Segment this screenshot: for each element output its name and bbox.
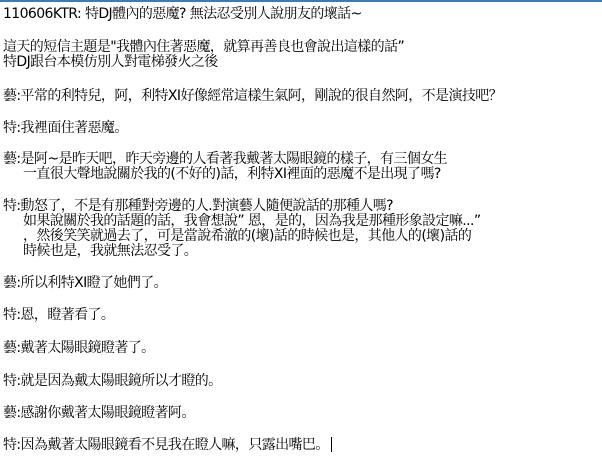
- dialogue-line: 特:我裡面住著惡魔。: [3, 120, 128, 136]
- dialogue-continuation: 如果說關於我的話題的話，我會想說” 恩，是的，因為我是那種形象設定嘛...”: [3, 213, 481, 229]
- dialogue-text: 戴著太陽眼鏡瞪著了。: [21, 340, 155, 356]
- intro-line-2: 特DJ跟台本模仿別人對電梯發火之後: [3, 54, 218, 70]
- window-top-border: [0, 0, 602, 2]
- speaker-label: 特:: [3, 437, 21, 453]
- speaker-label: 藝:: [3, 275, 21, 291]
- dialogue-text: 我裡面住著惡魔。: [21, 120, 128, 136]
- dialogue-text: 平常的利特兒，阿，利特XI好像經常這樣生氣阿，剛說的很自然阿，不是演技吧？: [21, 88, 503, 104]
- speaker-label: 藝:: [3, 151, 21, 167]
- speaker-label: 藝:: [3, 88, 21, 104]
- dialogue-text: 恩，瞪著看了。: [21, 307, 115, 323]
- dialogue-line: 特:動怒了，不是有那種對旁邊的人.對演藝人隨便說話的那種人嗎?: [3, 198, 393, 214]
- text-editor[interactable]: 110606KTR: 特DJ體內的惡魔? 無法忍受別人說朋友的壞話~ 這天的短信…: [3, 3, 599, 458]
- dialogue-text: 所以利特XI瞪了她們了。: [21, 275, 168, 291]
- dialogue-text: 是阿~是昨天吧，昨天旁邊的人看著我戴著太陽眼鏡的樣子，有三個女生: [21, 151, 448, 167]
- speaker-label: 藝:: [3, 340, 21, 356]
- dialogue-text: 因為戴著太陽眼鏡看不見我在瞪人嘛，只露出嘴巴。: [21, 437, 329, 453]
- dialogue-line: 藝:戴著太陽眼鏡瞪著了。: [3, 340, 155, 356]
- text-caret: [331, 437, 332, 452]
- speaker-label: 特:: [3, 307, 21, 323]
- speaker-label: 特:: [3, 198, 21, 214]
- dialogue-text: 動怒了，不是有那種對旁邊的人.對演藝人隨便說話的那種人嗎?: [21, 198, 393, 214]
- dialogue-continuation: 時候也是，我就無法忍受了。: [3, 243, 197, 259]
- dialogue-line: 藝:所以利特XI瞪了她們了。: [3, 275, 167, 291]
- dialogue-text: 感謝你戴著太陽眼鏡瞪著阿。: [21, 405, 195, 421]
- speaker-label: 特:: [3, 373, 21, 389]
- dialogue-line: 特:就是因為戴太陽眼鏡所以才瞪的。: [3, 373, 222, 389]
- intro-line-1: 這天的短信主題是"我體內住著惡魔，就算再善良也會說出這樣的話”: [3, 39, 404, 55]
- dialogue-line: 特:因為戴著太陽眼鏡看不見我在瞪人嘛，只露出嘴巴。: [3, 437, 332, 453]
- dialogue-line: 特:恩，瞪著看了。: [3, 307, 114, 323]
- dialogue-line: 藝:是阿~是昨天吧，昨天旁邊的人看著我戴著太陽眼鏡的樣子，有三個女生: [3, 151, 447, 167]
- dialogue-text: 就是因為戴太陽眼鏡所以才瞪的。: [21, 373, 222, 389]
- dialogue-line: 藝:平常的利特兒，阿，利特XI好像經常這樣生氣阿，剛說的很自然阿，不是演技吧？: [3, 88, 502, 104]
- document-title: 110606KTR: 特DJ體內的惡魔? 無法忍受別人說朋友的壞話~: [3, 6, 362, 22]
- dialogue-continuation: 一直很大聲地說關於我的(不好的)話，利特XI裡面的惡魔不是出現了嗎?: [3, 166, 441, 182]
- speaker-label: 特:: [3, 120, 21, 136]
- speaker-label: 藝:: [3, 405, 21, 421]
- dialogue-line: 藝:感謝你戴著太陽眼鏡瞪著阿。: [3, 405, 195, 421]
- dialogue-continuation: ，然後笑笑就過去了，可是當說希澈的(壞)話的時候也是，其他人的(壞)話的: [3, 228, 471, 244]
